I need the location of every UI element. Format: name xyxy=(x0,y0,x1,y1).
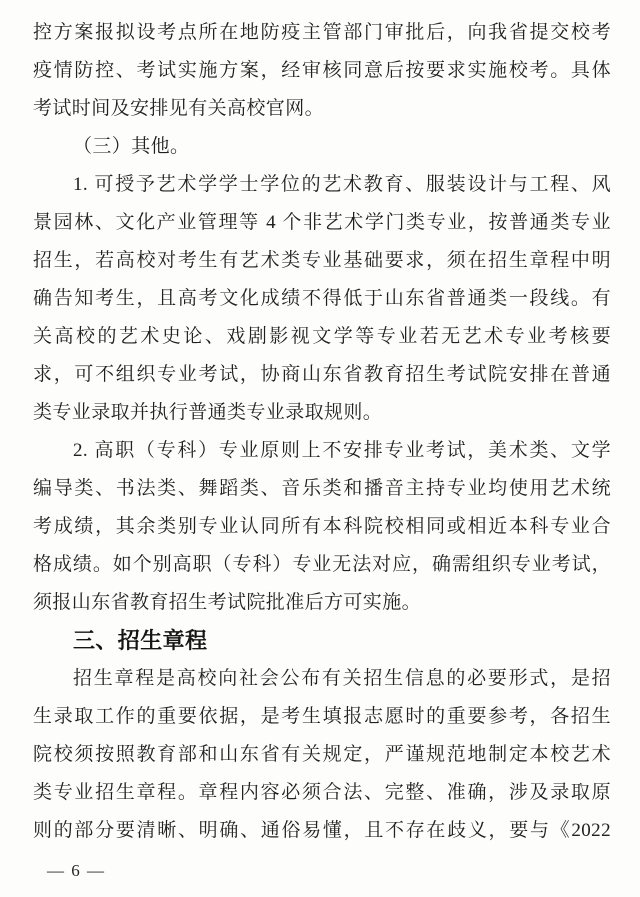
text-line: 景园林、文化产业管理等 4 个非艺术学门类专业，按普通类专业 xyxy=(33,204,611,242)
text-line: 类专业录取并执行普通类专业录取规则。 xyxy=(33,394,611,432)
text-line: 须报山东省教育招生考试院批准后方可实施。 xyxy=(33,584,611,622)
text-line: 确告知考生，且高考文化成绩不得低于山东省普通类一段线。有 xyxy=(33,280,611,318)
document-page: 控方案报拟设考点所在地防疫主管部门审批后，向我省提交校考 疫情防控、考试实施方案… xyxy=(0,0,640,897)
text-line: 控方案报拟设考点所在地防疫主管部门审批后，向我省提交校考 xyxy=(33,14,611,52)
text-line: 则的部分要清晰、明确、通俗易懂，且不存在歧义，要与《2022 xyxy=(33,812,611,850)
text-line: 生录取工作的重要依据，是考生填报志愿时的重要参考，各招生 xyxy=(33,698,611,736)
text-line: （三）其他。 xyxy=(33,128,611,166)
page-number: — 6 — xyxy=(47,861,106,880)
text-line: 疫情防控、考试实施方案，经审核同意后按要求实施校考。具体 xyxy=(33,52,611,90)
text-line: 考试时间及安排见有关高校官网。 xyxy=(33,90,611,128)
text-line: 求，可不组织专业考试，协商山东省教育招生考试院安排在普通 xyxy=(33,356,611,394)
page-footer: — 6 — xyxy=(47,861,106,881)
text-line: 招生，若高校对考生有艺术类专业基础要求，须在招生章程中明 xyxy=(33,242,611,280)
text-line: 格成绩。如个别高职（专科）专业无法对应，确需组织专业考试， xyxy=(33,546,611,584)
document-body: 控方案报拟设考点所在地防疫主管部门审批后，向我省提交校考 疫情防控、考试实施方案… xyxy=(33,14,611,850)
section-heading: 三、招生章程 xyxy=(33,622,611,660)
text-line: 2. 高职（专科）专业原则上不安排专业考试，美术类、文学 xyxy=(33,432,611,470)
text-line: 类专业招生章程。章程内容必须合法、完整、准确，涉及录取原 xyxy=(33,774,611,812)
text-line: 院校须按照教育部和山东省有关规定，严谨规范地制定本校艺术 xyxy=(33,736,611,774)
text-line: 编导类、书法类、舞蹈类、音乐类和播音主持专业均使用艺术统 xyxy=(33,470,611,508)
text-line: 招生章程是高校向社会公布有关招生信息的必要形式，是招 xyxy=(33,660,611,698)
text-line: 关高校的艺术史论、戏剧影视文学等专业若无艺术专业考核要 xyxy=(33,318,611,356)
text-line: 考成绩，其余类别专业认同所有本科院校相同或相近本科专业合 xyxy=(33,508,611,546)
text-line: 1. 可授予艺术学学士学位的艺术教育、服装设计与工程、风 xyxy=(33,166,611,204)
